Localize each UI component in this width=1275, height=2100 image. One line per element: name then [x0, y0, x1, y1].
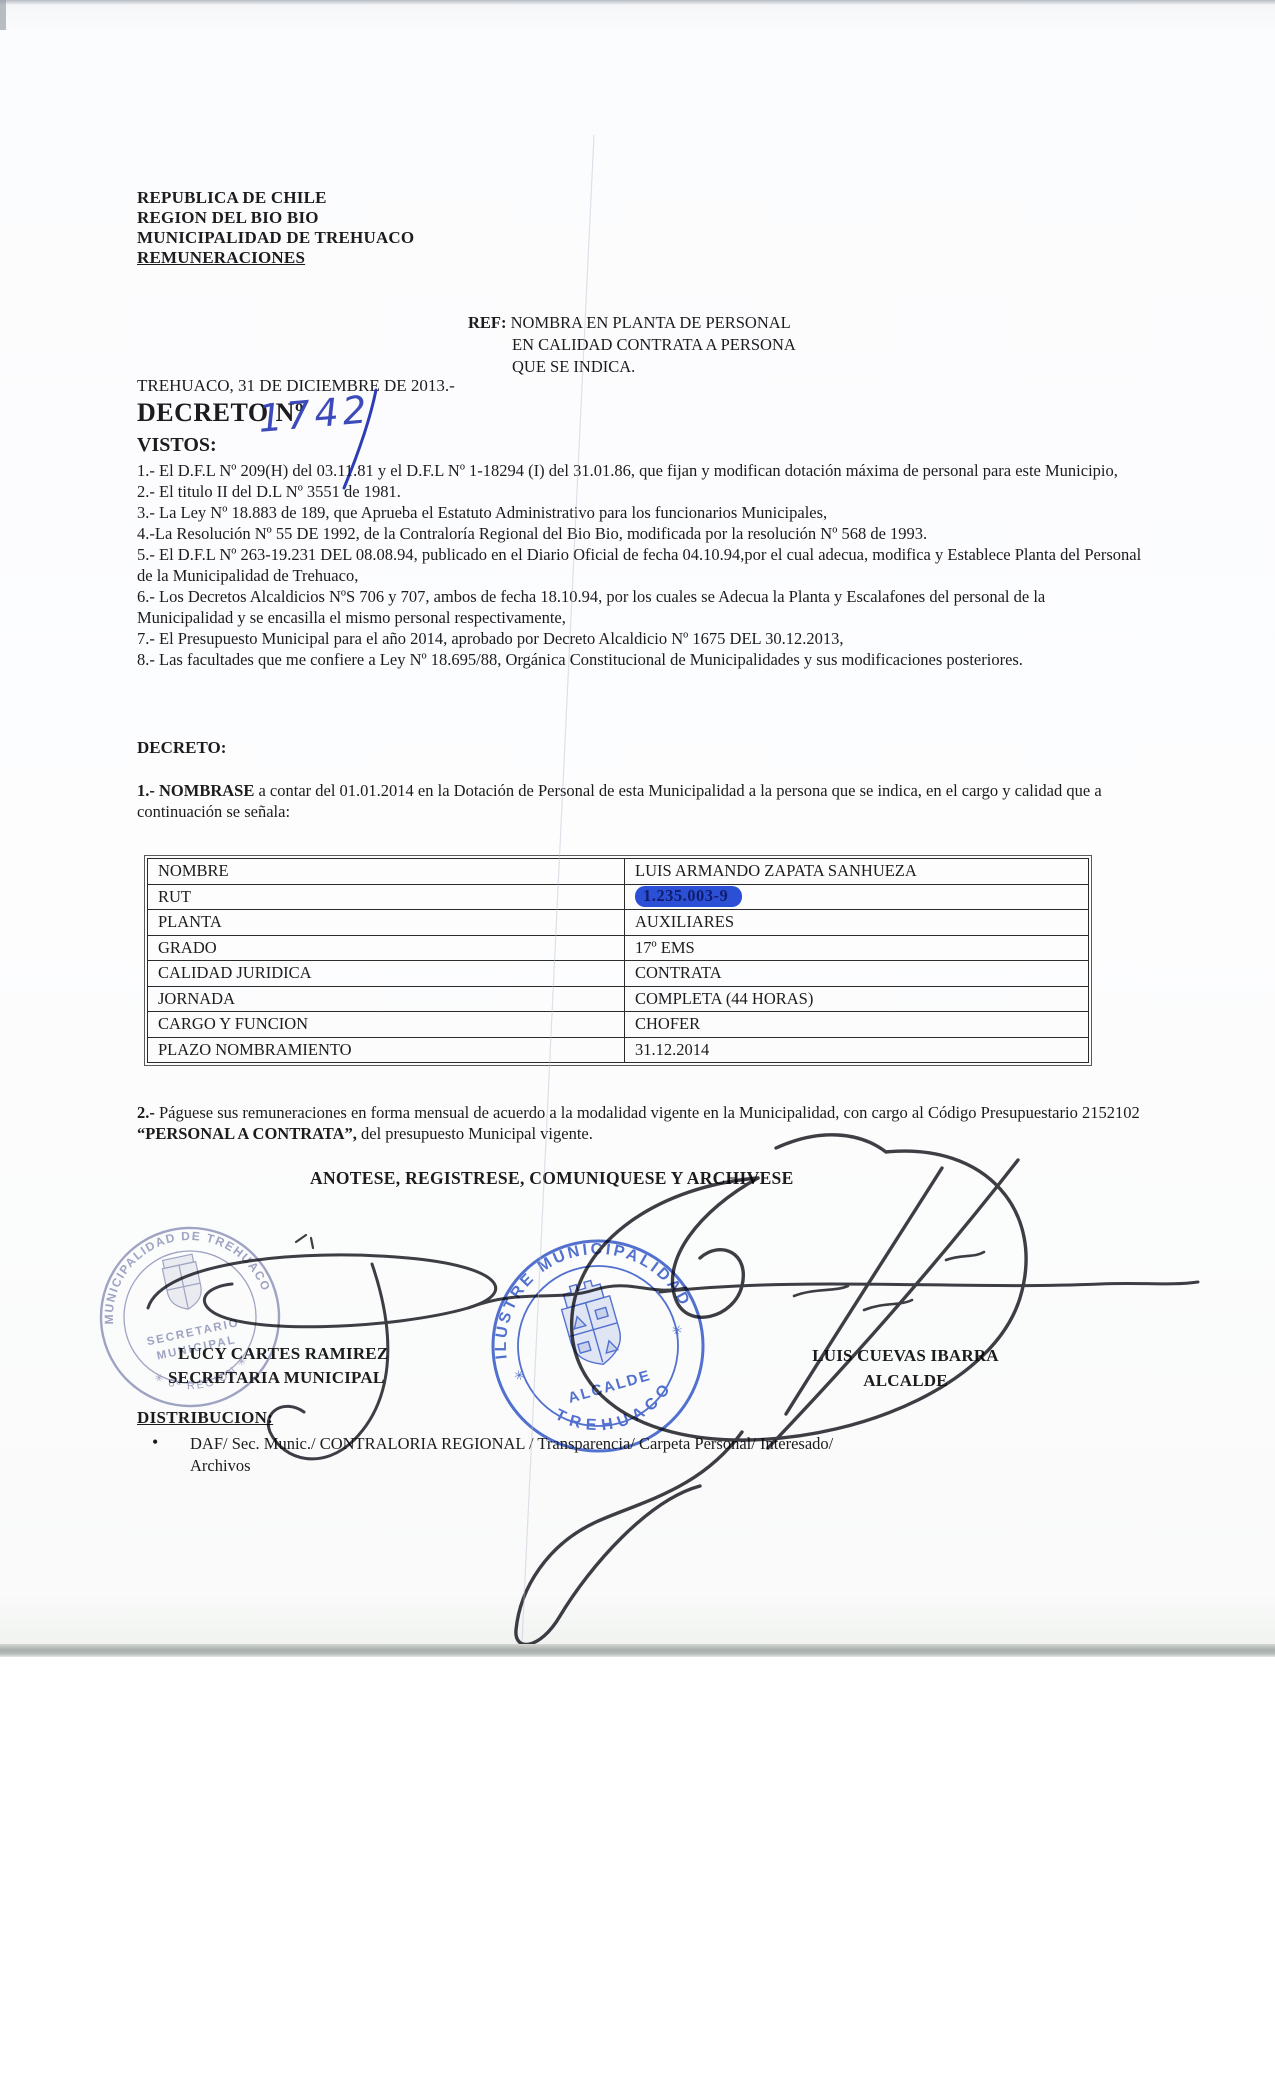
row-value-grado: 17º EMS	[625, 935, 1089, 961]
table-row: GRADO 17º EMS	[148, 935, 1089, 961]
row-value-plazo: 31.12.2014	[625, 1037, 1089, 1063]
table-row: CARGO Y FUNCION CHOFER	[148, 1012, 1089, 1038]
distribution-line-2: Archivos	[190, 1456, 251, 1476]
table-row: PLANTA AUXILIARES	[148, 910, 1089, 936]
scanned-decree-screenshot: REPUBLICA DE CHILE REGION DEL BIO BIO MU…	[0, 0, 1275, 2100]
distribution-line-1: DAF/ Sec. Munic./ CONTRALORIA REGIONAL /…	[190, 1434, 1100, 1454]
article-2-text-b: del presupuesto Municipal vigente.	[357, 1124, 593, 1143]
ref-text-3: QUE SE INDICA.	[468, 356, 798, 378]
bullet-icon: •	[152, 1432, 158, 1453]
stamp-star-right: ✳	[670, 1322, 685, 1339]
secretaria-name: LUCY CARTES RAMIREZ	[178, 1344, 388, 1364]
scan-top-edge-shadow	[0, 0, 1275, 5]
ref-label: REF:	[468, 313, 507, 332]
ref-text-1: NOMBRA EN PLANTA DE PERSONAL	[507, 313, 791, 332]
letterhead-country: REPUBLICA DE CHILE	[137, 188, 414, 208]
letterhead-department: REMUNERACIONES	[137, 248, 414, 268]
scan-corner-shadow	[0, 0, 6, 30]
row-label-cargo: CARGO Y FUNCION	[148, 1012, 625, 1038]
ref-line-1: REF: NOMBRA EN PLANTA DE PERSONAL	[468, 312, 798, 334]
ref-block: REF: NOMBRA EN PLANTA DE PERSONAL EN CAL…	[468, 312, 798, 378]
vistos-item-3: 3.- La Ley Nº 18.883 de 189, que Aprueba…	[137, 502, 1145, 523]
table-row: NOMBRE LUIS ARMANDO ZAPATA SANHUEZA	[148, 859, 1089, 885]
vistos-item-1: 1.- El D.F.L Nº 209(H) del 03.11.81 y el…	[137, 460, 1145, 481]
row-value-cargo: CHOFER	[625, 1012, 1089, 1038]
article-1: 1.- NOMBRASE a contar del 01.01.2014 en …	[137, 780, 1145, 822]
table-row: RUT 1.235.003-9	[148, 884, 1089, 910]
table-row: JORNADA COMPLETA (44 HORAS)	[148, 986, 1089, 1012]
row-value-jornada: COMPLETA (44 HORAS)	[625, 986, 1089, 1012]
letterhead: REPUBLICA DE CHILE REGION DEL BIO BIO MU…	[137, 188, 414, 268]
decreto-heading: DECRETO:	[137, 738, 226, 758]
article-2-text-a: Páguese sus remuneraciones en forma mens…	[155, 1103, 1140, 1122]
vistos-item-4: 4.-La Resolución Nº 55 DE 1992, de la Co…	[137, 523, 1145, 544]
vistos-item-7: 7.- El Presupuesto Municipal para el año…	[137, 628, 1145, 649]
stamp-crest	[556, 1277, 627, 1372]
vistos-item-5: 5.- El D.F.L Nº 263-19.231 DEL 08.08.94,…	[137, 544, 1145, 586]
row-label-calidad: CALIDAD JURIDICA	[148, 961, 625, 987]
row-label-grado: GRADO	[148, 935, 625, 961]
rut-redaction-highlight: 1.235.003-9	[635, 886, 742, 907]
row-value-rut: 1.235.003-9	[625, 884, 1089, 910]
ref-text-2: EN CALIDAD CONTRATA A PERSONA	[468, 334, 798, 356]
row-value-nombre: LUIS ARMANDO ZAPATA SANHUEZA	[625, 859, 1089, 885]
row-value-calidad: CONTRATA	[625, 961, 1089, 987]
vistos-item-8: 8.- Las facultades que me confiere a Ley…	[137, 649, 1145, 670]
article-2-number: 2.-	[137, 1103, 155, 1122]
article-1-number: 1.- NOMBRASE	[137, 781, 254, 800]
vistos-item-2: 2.- El titulo II del D.L Nº 3551 de 1981…	[137, 481, 1145, 502]
row-label-rut: RUT	[148, 884, 625, 910]
scan-page-bottom-edge	[0, 1644, 1275, 1657]
row-label-nombre: NOMBRE	[148, 859, 625, 885]
article-1-text: a contar del 01.01.2014 en la Dotación d…	[137, 781, 1102, 821]
distribution-heading: DISTRIBUCION:	[137, 1408, 273, 1428]
secretaria-municipal-stamp: MUNICIPALIDAD DE TREHUACO SECRETARIO MUN…	[77, 1204, 302, 1429]
stamp-crest	[161, 1254, 205, 1313]
appointment-table: NOMBRE LUIS ARMANDO ZAPATA SANHUEZA RUT …	[147, 858, 1089, 1063]
secretaria-title: SECRETARIA MUNICIPAL	[168, 1368, 384, 1388]
row-label-plazo: PLAZO NOMBRAMIENTO	[148, 1037, 625, 1063]
table-row: CALIDAD JURIDICA CONTRATA	[148, 961, 1089, 987]
article-2-highlight: “PERSONAL A CONTRATA”,	[137, 1124, 357, 1143]
vistos-heading: VISTOS:	[137, 434, 217, 457]
article-2: 2.- Páguese sus remuneraciones en forma …	[137, 1102, 1145, 1144]
row-label-planta: PLANTA	[148, 910, 625, 936]
letterhead-region: REGION DEL BIO BIO	[137, 208, 414, 228]
table-row: PLAZO NOMBRAMIENTO 31.12.2014	[148, 1037, 1089, 1063]
vistos-item-6: 6.- Los Decretos Alcaldicios NºS 706 y 7…	[137, 586, 1145, 628]
alcalde-title: ALCALDE	[798, 1371, 1013, 1391]
row-label-jornada: JORNADA	[148, 986, 625, 1012]
vistos-items: 1.- El D.F.L Nº 209(H) del 03.11.81 y el…	[137, 460, 1145, 670]
row-value-planta: AUXILIARES	[625, 910, 1089, 936]
stamp-center-text: ALCALDE	[566, 1367, 653, 1407]
letterhead-municipality: MUNICIPALIDAD DE TREHUACO	[137, 228, 414, 248]
alcalde-name: LUIS CUEVAS IBARRA	[798, 1346, 1013, 1366]
anotese-line: ANOTESE, REGISTRESE, COMUNIQUESE Y ARCHI…	[310, 1168, 794, 1189]
stamp-star-left: ✳	[512, 1367, 527, 1384]
